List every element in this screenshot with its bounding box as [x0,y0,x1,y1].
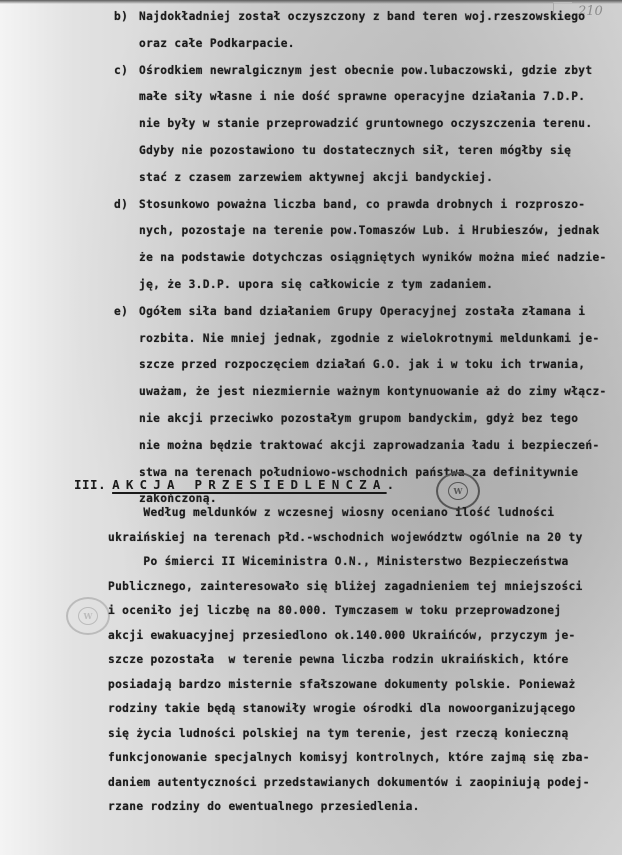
text-line: Gdyby nie pozostawiono tu dostatecznych … [139,144,571,157]
document-page: 210 b)Najdokładniej został oczyszczony z… [0,0,622,855]
text-line: Najdokładniej został oczyszczony z band … [139,10,585,23]
text-line: Ogółem siła band działaniem Grupy Operac… [139,305,585,318]
text-line: ukraińskiej na terenach płd.-wschodnich … [108,531,583,544]
section-number: III. [74,477,106,492]
text-line: szcze przed rozpoczęciem działań G.O. ja… [139,358,585,371]
text-line: rozbita. Nie mniej jednak, zgodnie z wie… [139,332,600,345]
section-heading: III.AKCJA PRZESIEDLENCZA. [74,477,395,492]
text-line: nych, pozostaje na terenie pow.Tomaszów … [139,224,600,237]
text-line: szcze pozostała w terenie pewna liczba r… [108,653,569,666]
point-label: c) [114,64,128,77]
text-line: funkcjonowanie specjalnych komisyj kontr… [108,751,590,764]
text-line: nie można będzie traktować akcji zaprowa… [139,439,600,452]
text-line: stać z czasem zarzewiem aktywnej akcji b… [139,171,493,184]
point-label: d) [114,198,128,211]
text-line: Ośrodkiem newralgicznym jest obecnie pow… [139,64,592,77]
text-line: ję, że 3.D.P. upora się całkowicie z tym… [139,278,493,291]
section-title: AKCJA PRZESIEDLENCZA [112,477,387,492]
scan-edge-shadow [0,0,622,4]
text-line: zakończoną. [139,492,217,505]
section-trailing: . [387,477,395,492]
archive-stamp-faded-icon: W [66,597,110,635]
point-label: b) [114,10,128,23]
text-line: że na podstawie dotychczas osiągniętych … [139,251,607,264]
text-line: nie były w stanie przeprowadzić gruntown… [139,117,592,130]
text-line: rzane rodziny do ewentualnego przesiedle… [108,800,420,813]
archive-stamp-icon: W [436,472,480,510]
text-line: oraz całe Podkarpacie. [139,37,295,50]
point-label: e) [114,305,128,318]
text-line: Po śmierci II Wiceministra O.N., Ministe… [108,555,569,568]
text-line: rodziny takie będą stanowiły wrogie ośro… [108,702,576,715]
text-line: Według meldunków z wczesnej wiosny oceni… [108,506,554,519]
text-line: i oceniło jej liczbę na 80.000. Tymczase… [108,604,561,617]
text-line: akcji ewakuacyjnej przesiedlono ok.140.0… [108,629,576,642]
text-line: nie akcji przeciwko pozostałym grupom ba… [139,412,578,425]
text-line: uważam, że jest niezmiernie ważnym konty… [139,385,607,398]
text-line: się życia ludności polskiej na tym teren… [108,727,569,740]
text-line: posiadają bardzo misternie sfałszowane d… [108,678,576,691]
text-line: małe siły własne i nie dość sprawne oper… [139,90,585,103]
text-line: Stosunkowo poważna liczba band, co prawd… [139,198,585,211]
text-line: Publicznego, zainteresowało się bliżej z… [108,580,583,593]
text-line: daniem autentyczności przedstawianych do… [108,776,590,789]
